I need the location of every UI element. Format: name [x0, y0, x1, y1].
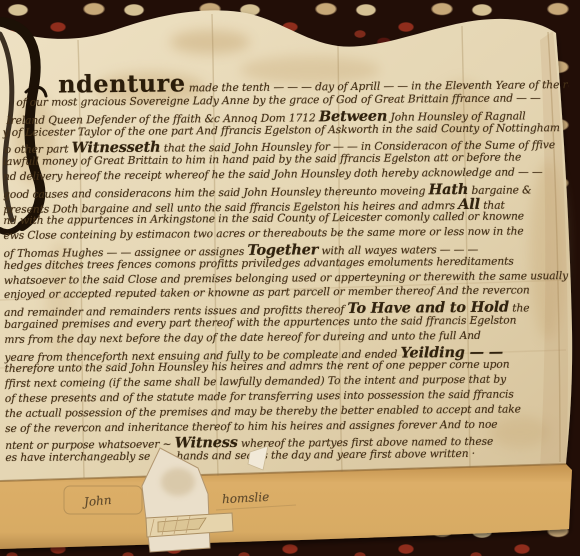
- signature-frame: [64, 486, 142, 514]
- paper-scrap: [248, 446, 268, 470]
- signature-underline: [216, 505, 296, 510]
- seal-tag: [142, 448, 233, 552]
- seal-tag-layer: [0, 0, 580, 556]
- photo-scene: ndenture made the tenth — — — day of Apr…: [0, 0, 580, 556]
